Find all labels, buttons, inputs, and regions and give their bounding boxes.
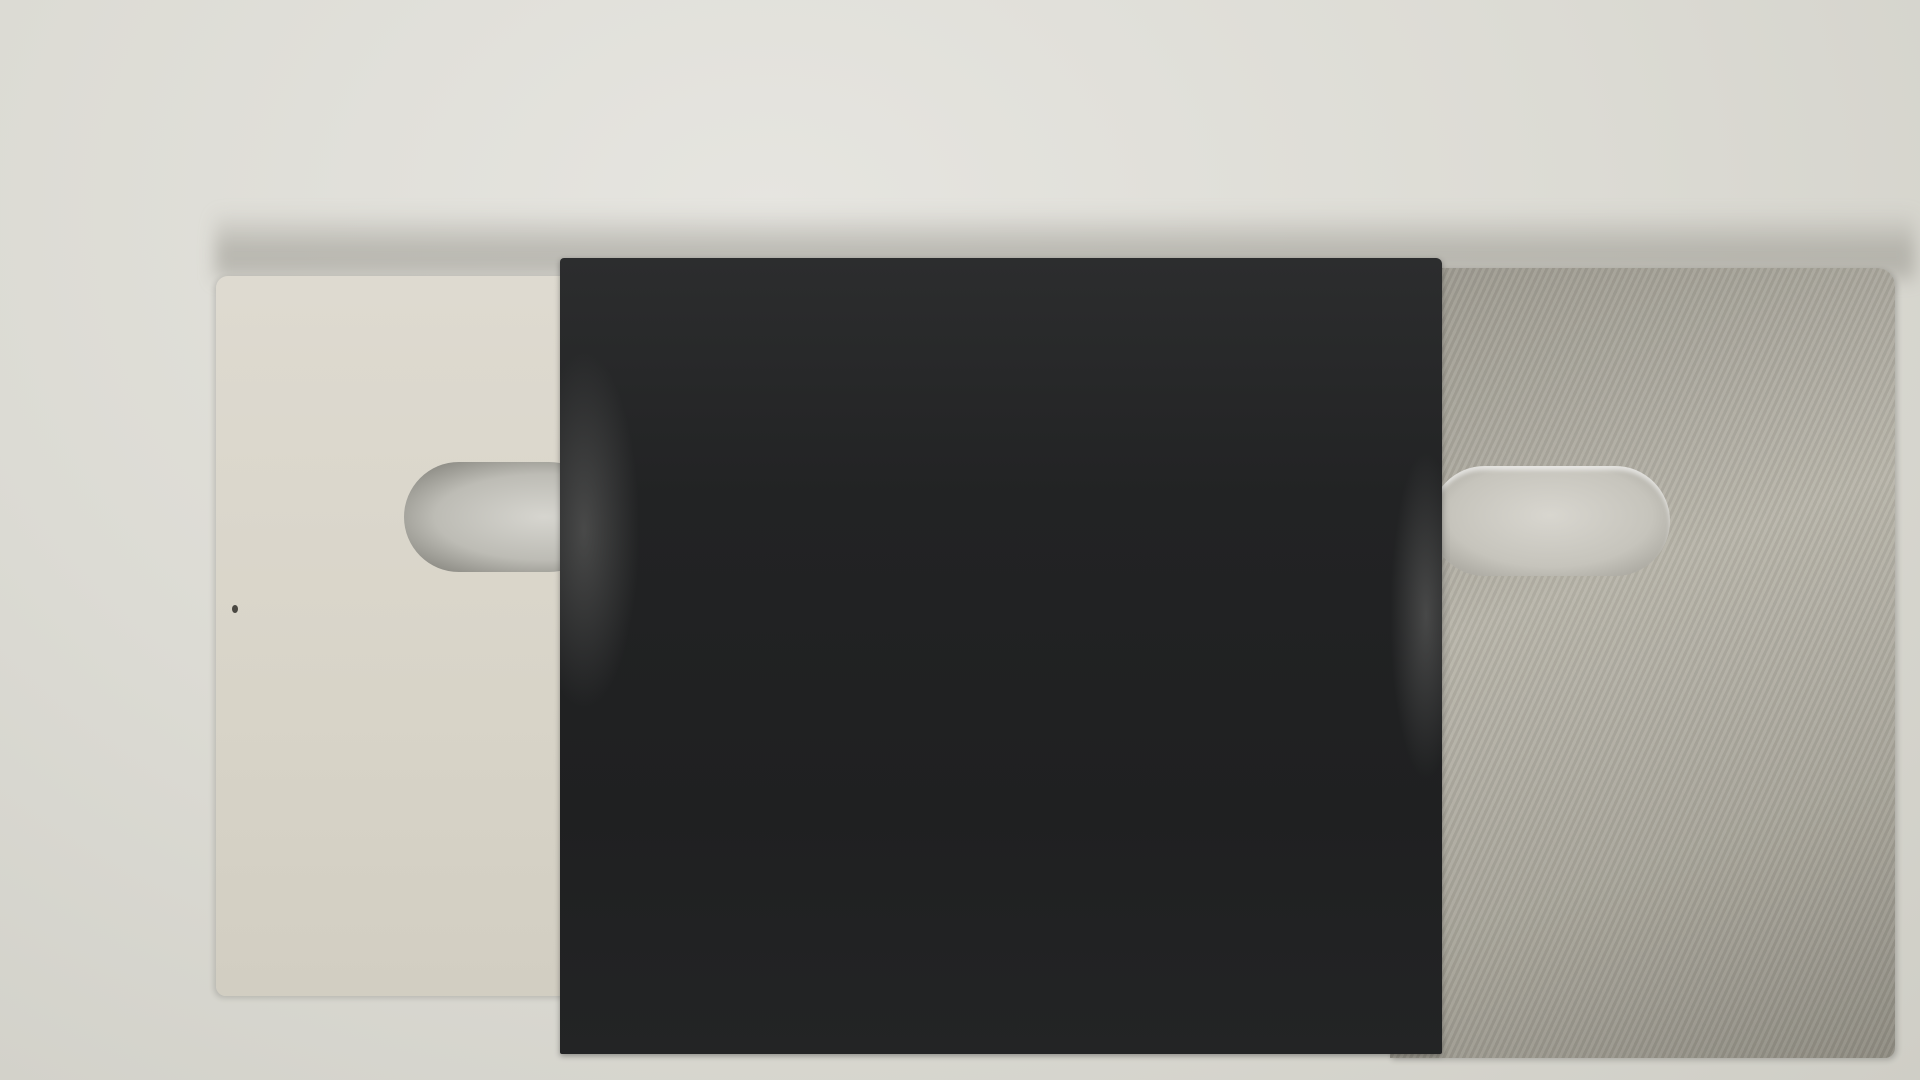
- tape-highlight-right: [1390, 450, 1450, 780]
- bare-metal-plate-section: [1390, 268, 1895, 1058]
- tape-highlight-left: [560, 350, 640, 710]
- right-slot-hole: [1430, 466, 1670, 576]
- coated-plate-section: [216, 276, 596, 996]
- black-tape-wrap: [560, 258, 1442, 1054]
- surface-speck: [232, 605, 238, 613]
